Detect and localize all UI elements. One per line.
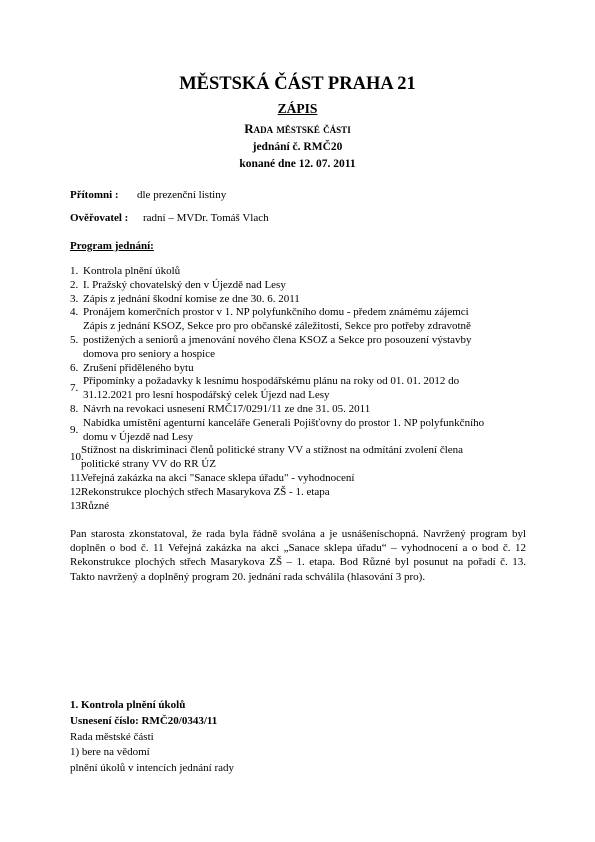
agenda-item: 8.Návrh na revokaci usnesení RMČ17/0291/…: [70, 403, 540, 417]
agenda-item-number: 11.: [70, 472, 83, 486]
agenda-item-text: Připomínky a požadavky k lesnímu hospodá…: [83, 375, 540, 389]
agenda-item-number: 12.: [70, 486, 84, 500]
agenda-item-text: Pronájem komerčních prostor v 1. NP poly…: [83, 306, 540, 320]
session-date: konané dne 12. 07. 2011: [0, 158, 595, 170]
agenda-item: 4.Pronájem komerčních prostor v 1. NP po…: [70, 306, 540, 334]
agenda-item-number: 7.: [70, 382, 78, 396]
agenda-item-number: 10.: [70, 451, 84, 465]
agenda-item-text: Stížnost na diskriminaci členů politické…: [81, 444, 540, 458]
municipality-title: MĚSTSKÁ ČÁST PRAHA 21: [0, 74, 595, 95]
resolution-text: plnění úkolů v intencích jednání rady: [70, 761, 234, 777]
agenda-item-text: Návrh na revokaci usnesení RMČ17/0291/11…: [83, 403, 540, 417]
agenda-item-number: 1.: [70, 265, 78, 279]
resolution-point: 1) bere na vědomí: [70, 745, 234, 761]
agenda-item-text: Různé: [81, 500, 540, 514]
agenda-item-number: 8.: [70, 403, 78, 417]
agenda-item: 5.postižených a seniorů a jmenování nové…: [70, 334, 540, 362]
attendance-row: Přítomni :dle prezenční listiny: [70, 189, 226, 201]
agenda-item-text: Nabídka umístění agenturní kanceláře Gen…: [83, 417, 540, 431]
agenda-item: 13.Různé: [70, 500, 540, 514]
council-name: Rada městské části: [0, 121, 595, 137]
agenda-item-text: Kontrola plnění úkolů: [83, 265, 540, 279]
agenda-item: 3.Zápis z jednání škodní komise ze dne 3…: [70, 293, 540, 307]
agenda-item-number: 6.: [70, 362, 78, 376]
agenda-item-text: domova pro seniory a hospice: [83, 348, 540, 362]
agenda-item-number: 4.: [70, 306, 78, 320]
agenda-item-text: domu v Újezdě nad Lesy: [83, 431, 540, 445]
resolution-block: 1. Kontrola plnění úkolů Usnesení číslo:…: [70, 698, 234, 777]
agenda-list: 1.Kontrola plnění úkolů2.I. Pražský chov…: [70, 265, 540, 513]
agenda-title: Program jednání:: [70, 240, 154, 252]
agenda-item-text: Rekonstrukce plochých střech Masarykova …: [81, 486, 540, 500]
agenda-item: 11.Veřejná zakázka na akci "Sanace sklep…: [70, 472, 540, 486]
agenda-item-text: Zrušení přiděleného bytu: [83, 362, 540, 376]
agenda-item-text: politické strany VV do RR ÚZ: [81, 458, 540, 472]
agenda-item-text: I. Pražský chovatelský den v Újezdě nad …: [83, 279, 540, 293]
agenda-item-number: 13.: [70, 500, 84, 514]
agenda-item-number: 3.: [70, 293, 78, 307]
agenda-item: 7.Připomínky a požadavky k lesnímu hospo…: [70, 375, 540, 403]
agenda-item-text: 31.12.2021 pro lesní hospodářský celek Ú…: [83, 389, 540, 403]
resolution-heading: 1. Kontrola plnění úkolů: [70, 698, 234, 714]
agenda-item-number: 5.: [70, 334, 78, 348]
agenda-item: 1.Kontrola plnění úkolů: [70, 265, 540, 279]
agenda-item: 6.Zrušení přiděleného bytu: [70, 362, 540, 376]
agenda-item-text: Veřejná zakázka na akci "Sanace sklepa ú…: [81, 472, 540, 486]
session-number: jednání č. RMČ20: [0, 141, 595, 153]
resolution-body: Rada městské části: [70, 730, 234, 746]
present-label: Přítomni :: [70, 189, 137, 201]
agenda-item: 10.Stížnost na diskriminaci členů politi…: [70, 444, 540, 472]
agenda-item-text: postižených a seniorů a jmenování nového…: [83, 334, 540, 348]
document-type: ZÁPIS: [0, 101, 595, 117]
resolution-number: Usnesení číslo: RMČ20/0343/11: [70, 714, 234, 730]
agenda-item-text: Zápis z jednání KSOZ, Sekce pro pro obča…: [83, 320, 540, 334]
agenda-item-text: Zápis z jednání škodní komise ze dne 30.…: [83, 293, 540, 307]
agenda-item-number: 2.: [70, 279, 78, 293]
agenda-item: 12.Rekonstrukce plochých střech Masaryko…: [70, 486, 540, 500]
summary-paragraph: Pan starosta zkonstatoval, že rada byla …: [70, 527, 526, 584]
agenda-item-number: 9.: [70, 424, 78, 438]
verifier-label: Ověřovatel :: [70, 212, 143, 224]
verifier-row: Ověřovatel :radní – MVDr. Tomáš Vlach: [70, 212, 269, 224]
agenda-item: 9.Nabídka umístění agenturní kanceláře G…: [70, 417, 540, 445]
present-value: dle prezenční listiny: [137, 189, 226, 201]
agenda-item: 2.I. Pražský chovatelský den v Újezdě na…: [70, 279, 540, 293]
verifier-value: radní – MVDr. Tomáš Vlach: [143, 212, 269, 224]
